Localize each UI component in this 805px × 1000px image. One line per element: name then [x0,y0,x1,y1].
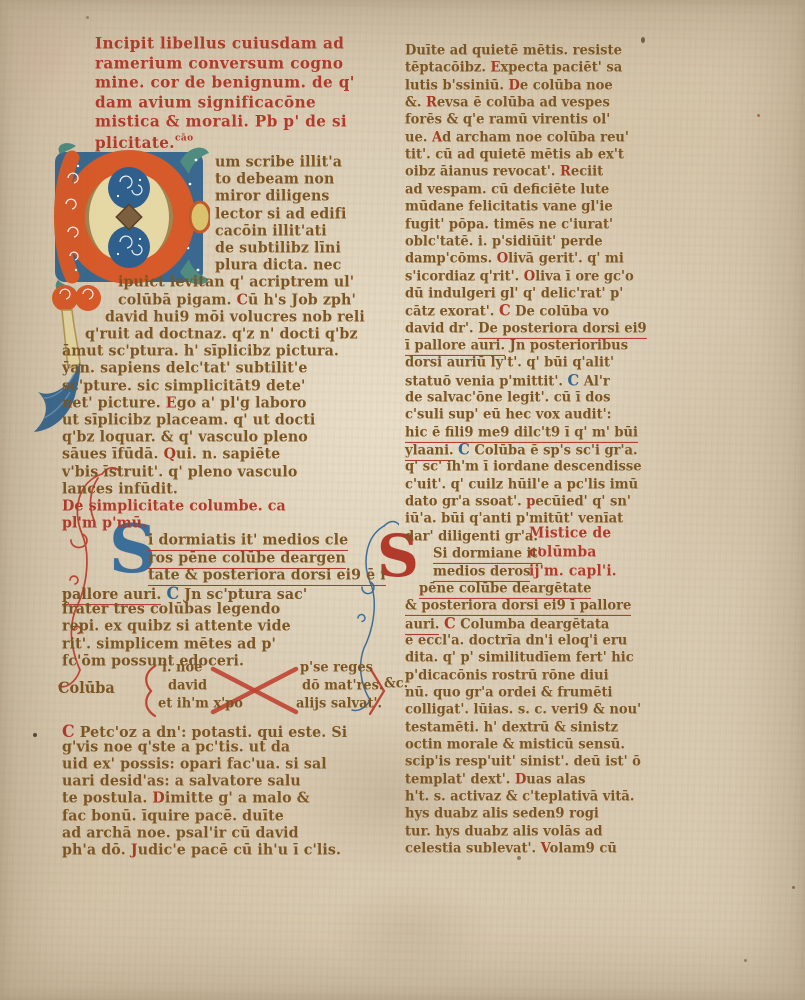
text-segment: D [515,772,526,788]
text-segment: medios deros [433,563,530,581]
text-segment: fugit' pōpa. timēs ne c'iurat' [405,216,613,232]
text-line: Si dormiane it' [433,547,542,561]
text-segment: pēne colūbe deargētate [419,581,591,599]
text-segment: dorsi auriū ly't'. q' būi q'alit' [405,355,614,371]
text-line: scip'is resp'uit' sinist'. deū ist' ō [405,755,641,769]
text-segment: e colūba noe [520,78,613,94]
text-segment: ipuict levitan q' acriptrem ul' [118,274,354,291]
text-line: net' picture. Ego a' pl'g laboro [62,396,307,411]
text-segment: de salvac'ōne legit'. cū ī dos [405,390,611,406]
text-segment: te postula. [62,790,152,807]
text-segment: imitte g' a malo & [165,790,310,807]
ink-speck [744,959,747,962]
text-segment: uas alas [526,772,585,788]
text-line: templat' dext'. Duas alas [405,773,586,787]
text-line: auri. C Columba deargētata [405,617,609,633]
text-line: tur. hys duabz alis volās ad [405,825,602,839]
text-line: dar' diligenti gr'a. [405,530,538,544]
text-segment: E [490,60,500,76]
text-segment: tēptacōibz. [405,60,490,76]
text-line: Incipit libellus cuiusdam ad [95,36,344,52]
text-segment: lances infūdit. [62,481,178,498]
text-segment: colūmba [529,544,596,561]
text-line: ij'm. capl'i. [529,565,617,580]
text-line: statuō venia p'mittit'. C Al'r [405,374,610,390]
text-line: lances infūdit. [62,482,178,497]
text-segment: D [152,790,164,807]
text-segment: C [458,441,470,459]
text-segment: ū h's Job zph' [248,292,356,309]
text-segment: oibz āianus revocat'. [405,164,560,180]
text-line: sāues īfūdā. Qui. n. sapiēte [62,447,280,462]
text-segment: liva ī ore gc'o [535,268,634,284]
text-segment: E [166,395,177,412]
text-segment: de subtilibz līni [215,240,341,257]
text-segment: v'bis īstruit'. q' pleno vasculo [62,464,297,481]
text-segment: C [62,720,75,740]
text-line: & posteriora dorsi ei9 ī pallore [405,599,631,613]
text-line: dam avium significacōne [95,95,316,111]
text-segment: O [497,251,508,267]
text-segment: C [567,372,579,390]
manuscript-page: S S Colūba i. noe david et ih'm x'po p's… [0,0,805,1000]
text-segment: C [444,614,456,632]
text-line: fc'ōm possunt edoceri. [62,654,244,669]
text-line: rit'. simplicem mētes ad p' [62,637,276,652]
text-segment: ad vespam. cū deficiēte lute [405,182,609,198]
text-line: cātz exorat'. C De colūba vo [405,304,609,320]
text-line: ipuict levitan q' acriptrem ul' [118,275,354,290]
text-line: hys duabz alis seden9 rogi [405,807,599,821]
text-line: fugit' pōpa. timēs ne c'iurat' [405,218,613,232]
text-line: forēs & q'e ramū virentis ol' [405,113,610,127]
text-line: celestia sublevat'. Volam9 cū [405,842,617,856]
text-segment: go a' pl'g laboro [177,395,307,412]
text-segment: testamēti. h' dextrū & sinistz [405,720,618,736]
text-segment: ij'm. capl'i. [529,562,617,579]
text-segment: scip'is resp'uit' sinist'. deū ist' ō [405,754,641,770]
text-line: de salvac'ōne legit'. cū ī dos [405,391,611,405]
ink-speck [33,733,37,737]
text-segment: &. [405,95,426,111]
text-segment: Incipit libellus cuiusdam ad [95,34,344,53]
text-line: De simplicitate columbe. ca [62,499,286,514]
text-segment: h't. s. activaz & c'teplativā vitā. [405,789,634,805]
text-line: sc'pture. sic simplicitāt9 dete' [62,379,305,394]
text-line: testamēti. h' dextrū & sinistz [405,721,618,735]
text-line: colligat'. lūias. s. c. veri9 & nou' [405,703,641,717]
text-segment: oblc'tatē. i. p'sidiūit' perde [405,234,603,250]
text-segment: Duīte ad quietē mētis. resiste [405,43,622,59]
text-line: pallore auri. C Jn sc'ptura sac' [62,585,307,602]
text-line: nū. quo gr'a ordei & frumēti [405,686,613,700]
text-line: mistica & morali. Pb p' de si [95,114,347,130]
text-segment: damp'cōms. [405,251,497,267]
text-line: Duīte ad quietē mētis. resiste [405,44,622,58]
text-segment: pl'm p'mū. [62,515,147,532]
bracket-diagram: Colūba i. noe david et ih'm x'po p'se re… [58,662,403,722]
text-line: damp'cōms. Olivā gerit'. q' mi [405,252,624,266]
text-segment: mūdane felicitatis vane gl'ie [405,199,613,215]
text-line: ros pēne colūbe deargen [148,551,346,566]
text-line: p'dicacōnis rostrū rōne diui [405,669,609,683]
text-segment: nū. quo gr'a ordei & frumēti [405,685,613,701]
text-line: ue. Ad archam noe colūba reu' [405,131,629,145]
text-segment: q' sc' ih'm ī iordane descendisse [405,459,642,475]
text-line: tate & posteriora dorsi ei9 ē i [148,568,386,583]
text-segment: um scribe illit'a [215,154,342,171]
text-line: q' sc' ih'm ī iordane descendisse [405,460,642,474]
text-segment: templat' dext'. [405,772,515,788]
text-segment: olam9 cū [550,841,617,857]
text-segment: De simplicitate columbe. ca [62,498,286,515]
text-segment: dar' diligenti gr'a. [405,529,538,545]
text-segment: q'bz loquar. & q' vasculo pleno [62,429,308,446]
text-segment: sc'pture. sic simplicitāt9 dete' [62,378,305,395]
text-line: david hui9 mōi volucres nob reli [105,310,365,325]
text-line: octin morale & misticū sensū. [405,738,625,752]
text-segment: Q [164,446,176,463]
text-segment: ī pallore auri. [405,338,505,356]
stain [325,880,495,980]
text-segment: C [237,292,248,309]
diagram-right-item: dō mat'res. [302,678,383,694]
text-segment: david dr'. [405,321,478,337]
text-line: uid ex' possis: opari fac'ua. si sal [62,757,327,772]
text-line: medios deros [433,565,530,579]
text-segment: colūbā pigam. [118,292,237,309]
text-line: ph'a dō. Judic'e pacē cū ih'u ī c'lis. [62,843,341,858]
text-segment: ros pēne colūbe deargen [148,550,346,569]
ink-speck [86,16,89,19]
text-segment: Colūba ē sp's sc'i gr'a. [470,443,638,459]
text-line: ramerium conversum cogno [95,56,343,72]
text-segment: hys duabz alis seden9 rogi [405,806,599,822]
ink-speck [792,886,795,889]
text-segment: Si dormiane it' [433,546,542,564]
text-segment: colligat'. lūias. s. c. veri9 & nou' [405,702,641,718]
text-segment: R [560,164,571,180]
text-segment: ad archā noe. psal'ir cū david [62,825,299,842]
text-line: &. Revsa ē colūba ad vespes [405,96,610,110]
text-line: lector si ad edifi [215,207,346,222]
text-line: lutis b'ssiniū. De colūba noe [405,79,613,93]
text-segment: c'uit'. q' cuilz hūil'e a pc'lis imū [405,477,638,493]
text-segment: De posteriora dorsi ei9 [478,321,647,339]
text-line: pl'm p'mū. [62,516,147,531]
text-segment: dita. q' p' similitudīem fert' hic [405,650,634,666]
text-segment: cātz exorat'. [405,304,499,320]
text-segment: āmut sc'ptura. h' sīplicibz pictura. [62,343,339,360]
text-segment: miror diligens [215,188,330,205]
text-segment: ph'a dō. [62,842,131,859]
text-segment: octin morale & misticū sensū. [405,737,625,753]
text-line: q'ruit ad doctnaz. q'z n' docti q'bz [85,327,358,342]
text-segment: D [508,78,519,94]
text-line: ē eccl'a. doctrīa dn'i eloq'i eru [405,634,627,648]
text-segment: mistica & morali. Pb p' de si [95,112,347,131]
text-segment: fc'ōm possunt edoceri. [62,653,244,670]
text-segment: d archam noe colūba reu' [442,130,629,146]
ink-speck [641,37,645,43]
text-line: h't. s. activaz & c'teplativā vitā. [405,790,634,804]
text-line: cacōin illit'ati [215,224,327,239]
text-segment: Columba deargētata [456,617,610,633]
text-line: ylaani. C Colūba ē sp's sc'i gr'a. [405,443,638,459]
text-line: C Petc'oz a dn': potasti. qui este. Si [62,723,347,740]
text-segment: V [541,841,550,857]
text-segment: statuō venia p'mittit'. [405,374,567,390]
text-segment: dam avium significacōne [95,93,316,112]
text-segment: Mistice de [529,525,611,542]
text-line: Mistice de [529,527,611,542]
text-segment: ui. n. sapiēte [176,446,280,463]
text-line: c'uit'. q' cuilz hūil'e a pc'lis imū [405,478,638,492]
text-line: āmut sc'ptura. h' sīplicibz pictura. [62,344,339,359]
text-line: tit'. cū ad quietē mētis ab ex't [405,148,624,162]
text-line: q'bz loquar. & q' vasculo pleno [62,430,308,445]
text-line: s'icordiaz q'rit'. Oliva ī ore gc'o [405,270,634,284]
text-line: g'vis noe q'ste a pc'tis. ut da [62,740,290,755]
text-line: dorsi auriū ly't'. q' būi q'alit' [405,356,614,370]
text-line: mine. cor de benignum. de q' [95,75,355,91]
text-segment: p'dicacōnis rostrū rōne diui [405,668,609,684]
text-line: pēne colūbe deargētate [419,582,591,596]
text-line: oibz āianus revocat'. Reciit [405,165,603,179]
text-segment: frater tres colūbas legendo [62,601,280,618]
text-line: fac bonū. īquire pacē. duīte [62,809,284,824]
text-line: hic ē fili9 me9 dilc't9 ī q' m' būi [405,426,638,440]
text-segment: g'vis noe q'ste a pc'tis. ut da [62,739,290,756]
text-line: te postula. Dimitte g' a malo & [62,791,310,806]
text-segment: s'icordiaz q'rit'. [405,268,524,284]
diagram-label: Colūba [58,679,115,697]
text-line: dato gr'a ssoat'. pecūied' q' sn' [405,495,631,509]
text-line: ad vespam. cū deficiēte lute [405,183,609,197]
text-segment: david hui9 mōi volucres nob reli [105,309,365,326]
text-line: ī pallore auri. Jn posterioribus [405,339,628,353]
text-segment: to debeam non [215,171,334,188]
text-segment: auri. [405,617,439,635]
text-segment: ut sīplicibz placeam. q' ut docti [62,412,315,429]
text-segment: Al'r [579,374,610,390]
text-segment: plura dicta. nec [215,257,341,274]
ink-speck [757,114,760,117]
text-line: mūdane felicitatis vane gl'ie [405,200,613,214]
text-segment: De colūba vo [511,304,610,320]
text-segment: udic'e pacē cū ih'u ī c'lis. [138,842,341,859]
text-segment: ecūied' q' sn' [535,494,630,510]
text-segment: tit'. cū ad quietē mētis ab ex't [405,147,624,163]
text-line: miror diligens [215,189,330,204]
text-segment: Jn posterioribus [505,338,628,354]
text-line: um scribe illit'a [215,155,342,170]
text-segment: uid ex' possis: opari fac'ua. si sal [62,756,327,773]
text-line: c'suli sup' eū hec vox audit': [405,408,612,422]
text-line: david dr'. De posteriora dorsi ei9 [405,322,647,336]
text-line: v'bis īstruit'. q' pleno vasculo [62,465,297,480]
diagram-right-item: p'se reges [300,660,373,676]
text-segment: uari desid'as: a salvatore salu [62,773,301,790]
text-segment: eciit [571,164,603,180]
text-segment: xpecta paciēt' sa [500,60,622,76]
text-segment: C [499,302,511,320]
text-line: ut sīplicibz placeam. q' ut docti [62,413,315,428]
text-line: plura dicta. nec [215,258,341,273]
text-segment: & posteriora dorsi ei9 ī pallore [405,598,631,616]
text-line: frater tres colūbas legendo [62,602,280,617]
text-segment: tate & posteriora dorsi ei9 ē i [148,567,386,586]
diagram-left-item: david [168,678,207,694]
text-line: plicitate.cāo [95,134,194,151]
text-line: de subtilibz līni [215,241,341,256]
text-line: dita. q' p' similitudīem fert' hic [405,651,634,665]
text-segment: A [432,130,442,146]
text-segment: ē eccl'a. doctrīa dn'i eloq'i eru [405,633,627,649]
text-segment: mine. cor de benignum. de q' [95,73,355,92]
text-segment: lector si ad edifi [215,206,346,223]
text-line: repi. ex quibz si attente vide [62,619,291,634]
text-segment: ue. [405,130,432,146]
diagram-right-item: alijs salvat'. [296,696,382,712]
text-segment: J [131,842,138,859]
text-line: colūmba [529,546,596,561]
text-segment: sāues īfūdā. [62,446,164,463]
text-line: i dormiatis it' medios cle [148,533,348,548]
text-segment: repi. ex quibz si attente vide [62,618,291,635]
text-segment: cacōin illit'ati [215,223,327,240]
text-segment: fac bonū. īquire pacē. duīte [62,808,284,825]
diagram-left-item: et ih'm x'po [158,696,243,712]
text-line: ad archā noe. psal'ir cū david [62,826,299,841]
text-segment: net' picture. [62,395,166,412]
text-segment: O [524,268,535,284]
text-segment: q'ruit ad doctnaz. q'z n' docti q'bz [85,326,358,343]
text-line: dū indulgeri gl' q' delic'rat' p' [405,287,623,301]
text-segment: c'suli sup' eū hec vox audit': [405,407,612,423]
text-segment: ȳan. sapiens delc'tat' subtilit'e [62,360,307,377]
text-segment: i dormiatis it' medios cle [148,532,348,551]
text-segment: tur. hys duabz alis volās ad [405,824,602,840]
text-segment: hic ē fili9 me9 dilc't9 ī q' m' būi [405,425,638,443]
text-segment: evsa ē colūba ad vespes [437,95,610,111]
text-segment: lutis b'ssiniū. [405,78,508,94]
text-segment: ramerium conversum cogno [95,53,343,72]
text-line: to debeam non [215,172,334,187]
text-segment: R [426,95,437,111]
text-segment: dū indulgeri gl' q' delic'rat' p' [405,286,623,302]
text-line: oblc'tatē. i. p'sidiūit' perde [405,235,603,249]
text-line: ȳan. sapiens delc'tat' subtilit'e [62,361,307,376]
text-segment: rit'. simplicem mētes ad p' [62,636,276,653]
text-segment: livā gerit'. q' mi [508,251,624,267]
text-segment: dato gr'a ssoat'. [405,494,526,510]
text-segment: cāo [175,133,194,144]
text-segment: celestia sublevat'. [405,841,541,857]
text-line: tēptacōibz. Expecta paciēt' sa [405,61,622,75]
text-line: uari desid'as: a salvatore salu [62,774,301,789]
text-segment: forēs & q'e ramū virentis ol' [405,112,610,128]
text-line: colūbā pigam. Cū h's Job zph' [118,293,356,308]
text-segment: plicitate. [95,133,175,152]
